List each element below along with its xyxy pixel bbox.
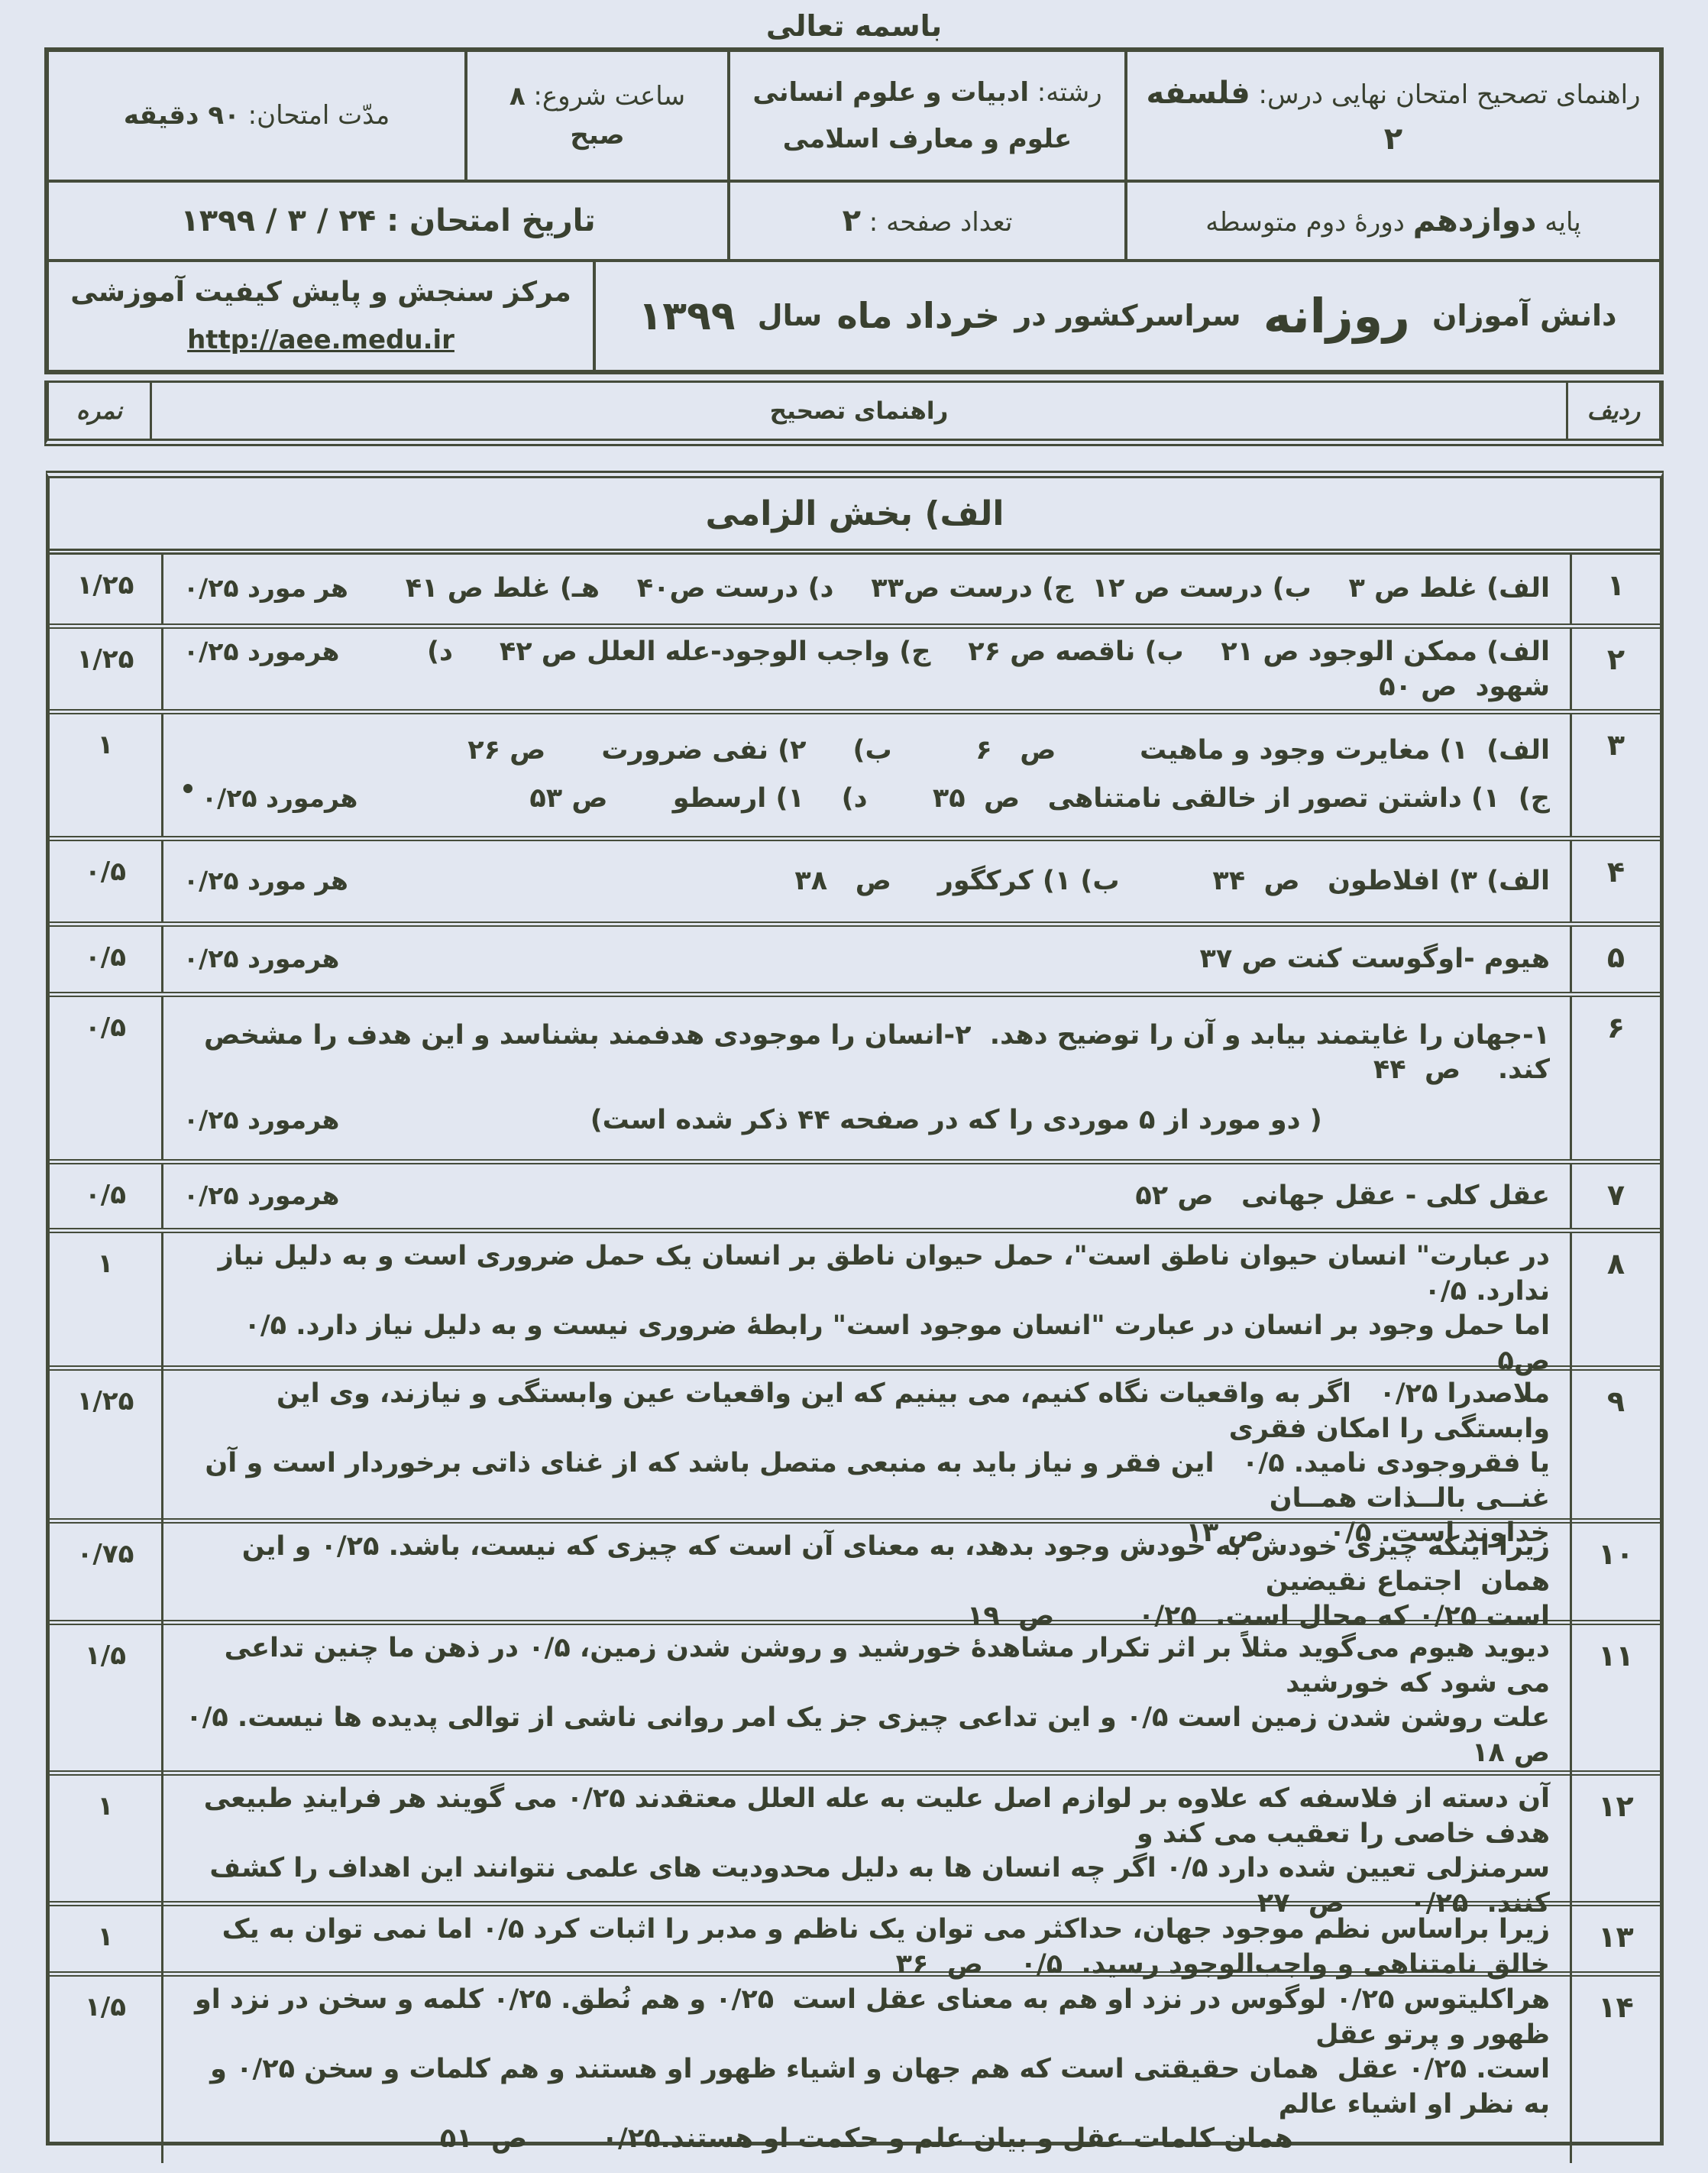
answer-line: ( دو مورد از ۵ موردی را که در صفحه ۴۴ ذک… bbox=[183, 1103, 1550, 1138]
row-score: ۱/۲۵ bbox=[50, 629, 161, 711]
row-content: دیوید هیوم می‌گوید مثلاً بر اثر تکرار مش… bbox=[161, 1625, 1570, 1776]
answer-line: الف) ۱) مغایرت وجود و ماهیت ص ۶ ب) ۲) نف… bbox=[183, 734, 1550, 769]
audience-year-label: سال bbox=[747, 294, 832, 338]
per-item-score: هر مورد ۰/۲۵ bbox=[183, 573, 371, 603]
answer-line: آن دسته از فلاسفه که علاوه بر لوازم اصل … bbox=[183, 1782, 1550, 1851]
row-content: آن دسته از فلاسفه که علاوه بر لوازم اصل … bbox=[161, 1776, 1570, 1927]
row-score: ۱/۵ bbox=[50, 1977, 161, 2163]
answer-text: زیرا براساس نظم موجود جهان، حداکثر می تو… bbox=[183, 1912, 1550, 1982]
row-score: ۰/۵ bbox=[50, 1164, 161, 1228]
audience-scope: سراسرکشور در bbox=[1004, 294, 1251, 338]
table-row: ۱۳زیرا براساس نظم موجود جهان، حداکثر می … bbox=[50, 1901, 1660, 1971]
section-header: الف) بخش الزامی bbox=[50, 478, 1660, 555]
answer-line: ۱-جهان را غایتمند بیابد و آن را توضیح ده… bbox=[183, 1018, 1550, 1088]
row-content: الف) ۱) مغایرت وجود و ماهیت ص ۶ ب) ۲) نف… bbox=[161, 714, 1570, 836]
answer-line: الف) غلط ص ۳ ب) درست ص ۱۲ ج) درست ص۳۳ د)… bbox=[183, 572, 1550, 607]
answer-line: ج) ۱) داشتن تصور از خالقی نامتناهی ص ۳۵ … bbox=[183, 782, 1550, 817]
answer-text: هیوم -اوگوست کنت ص ۳۷ bbox=[362, 942, 1550, 977]
correction-guide-title-cell: راهنمای تصحیح امتحان نهایی درس: فلسفه ۲ bbox=[1124, 52, 1659, 180]
start-time-label: ساعت شروع: bbox=[526, 81, 686, 112]
answer-text: در عبارت" انسان حیوان ناطق است"، حمل حیو… bbox=[183, 1239, 1550, 1309]
section-title: الف) بخش الزامی bbox=[706, 494, 1004, 533]
answer-line: زیرا اینکه چیزی خودش به خودش وجود بدهد، … bbox=[183, 1530, 1550, 1599]
table-row: ۱۰زیرا اینکه چیزی خودش به خودش وجود بدهد… bbox=[50, 1518, 1660, 1620]
row-content: الف) ۳) افلاطون ص ۳۴ ب) ۱) کرکگور ص ۳۸هر… bbox=[161, 841, 1570, 921]
row-number: ۶ bbox=[1570, 997, 1660, 1159]
answer-line: همان کلمات عقل و بیان علم و حکمت او هستن… bbox=[183, 2122, 1550, 2157]
per-item-score: هر مورد ۰/۲۵ bbox=[183, 866, 371, 895]
row-score: ۰/۵ bbox=[50, 927, 161, 992]
answer-text: آن دسته از فلاسفه که علاوه بر لوازم اصل … bbox=[183, 1782, 1550, 1851]
answer-text: زیرا اینکه چیزی خودش به خودش وجود بدهد، … bbox=[183, 1530, 1550, 1599]
row-number: ۱۰ bbox=[1570, 1524, 1660, 1640]
row-score: ۱ bbox=[50, 1776, 161, 1927]
grade-value: دوازدهم bbox=[1413, 203, 1537, 238]
field-value-2: علوم و معارف اسلامی bbox=[783, 124, 1072, 154]
header-row-3: دانش آموزان روزانه سراسرکشور در خرداد ما… bbox=[49, 259, 1659, 370]
field-line-1: رشته: ادبیات و علوم انسانی bbox=[752, 73, 1101, 112]
row-number: ۱۳ bbox=[1570, 1906, 1660, 1988]
grade-level-cell: پایه دوازدهم دورهٔ دوم متوسطه bbox=[1124, 183, 1659, 259]
grade-prefix: پایه bbox=[1536, 207, 1580, 238]
table-row: ۱۲آن دسته از فلاسفه که علاوه بر لوازم اص… bbox=[50, 1770, 1660, 1901]
row-score: ۱/۵ bbox=[50, 1625, 161, 1776]
start-time-cell: ساعت شروع: ۸ صبح bbox=[464, 52, 727, 180]
table-row: ۹ملاصدرا ۰/۲۵ اگر به واقعیات نگاه کنیم، … bbox=[50, 1365, 1660, 1518]
per-item-score: هرمورد ۰/۲۵ bbox=[183, 636, 362, 666]
answer-text: یا فقروجودی نامید. ۰/۵ این فقر و نیاز با… bbox=[183, 1446, 1550, 1516]
page-count-value: ۲ bbox=[843, 203, 861, 238]
assessment-center-name: مرکز سنجش و پایش کیفیت آموزشی bbox=[70, 272, 571, 313]
answer-text: الف) غلط ص ۳ ب) درست ص ۱۲ ج) درست ص۳۳ د)… bbox=[371, 572, 1550, 607]
page-count-label: تعداد صفحه : bbox=[861, 207, 1012, 238]
answer-text: الف) ۱) مغایرت وجود و ماهیت ص ۶ ب) ۲) نف… bbox=[183, 734, 1550, 769]
page-count-cell: تعداد صفحه : ۲ bbox=[727, 183, 1124, 259]
header-row-1: راهنمای تصحیح امتحان نهایی درس: فلسفه ۲ … bbox=[49, 52, 1659, 180]
answer-text: است. ۰/۲۵ عقل همان حقیقتی است که هم جهان… bbox=[183, 2052, 1550, 2122]
audience-daytime-label: روزانه bbox=[1256, 280, 1418, 351]
answer-line: الف) ۳) افلاطون ص ۳۴ ب) ۱) کرکگور ص ۳۸هر… bbox=[183, 864, 1550, 899]
row-number: ۸ bbox=[1570, 1233, 1660, 1384]
page-title: راهنمای تصحیح امتحان نهایی درس: فلسفه ۲ bbox=[1141, 70, 1645, 162]
row-content: الف) غلط ص ۳ ب) درست ص ۱۲ ج) درست ص۳۳ د)… bbox=[161, 555, 1570, 623]
row-content: هراکلیتوس ۰/۲۵ لوگوس در نزد او هم به معن… bbox=[161, 1977, 1570, 2163]
answers-table: الف) بخش الزامی ۱الف) غلط ص ۳ ب) درست ص … bbox=[46, 471, 1664, 2145]
table-row: ۵هیوم -اوگوست کنت ص ۳۷هرمورد ۰/۲۵۰/۵ bbox=[50, 921, 1660, 992]
answer-text: عقل کلی - عقل جهانی ص ۵۲ bbox=[362, 1179, 1550, 1214]
answer-line: ملاصدرا ۰/۲۵ اگر به واقعیات نگاه کنیم، م… bbox=[183, 1377, 1550, 1446]
row-content: عقل کلی - عقل جهانی ص ۵۲هرمورد ۰/۲۵ bbox=[161, 1164, 1570, 1228]
row-number: ۵ bbox=[1570, 927, 1660, 992]
table-row: ۳الف) ۱) مغایرت وجود و ماهیت ص ۶ ب) ۲) ن… bbox=[50, 709, 1660, 836]
row-number: ۱ bbox=[1570, 555, 1660, 623]
table-row: ۶۱-جهان را غایتمند بیابد و آن را توضیح د… bbox=[50, 992, 1660, 1159]
row-content: زیرا اینکه چیزی خودش به خودش وجود بدهد، … bbox=[161, 1524, 1570, 1640]
audience-prefix: دانش آموزان bbox=[1422, 294, 1617, 338]
answer-text: هراکلیتوس ۰/۲۵ لوگوس در نزد او هم به معن… bbox=[183, 1983, 1550, 2052]
ink-dot bbox=[183, 784, 192, 793]
row-number: ۱۴ bbox=[1570, 1977, 1660, 2163]
table-row: ۱۱دیوید هیوم می‌گوید مثلاً بر اثر تکرار … bbox=[50, 1620, 1660, 1770]
exam-date: تاریخ امتحان : ۲۴ / ۳ / ۱۳۹۹ bbox=[180, 198, 595, 244]
row-number-column-header: ردیف bbox=[1566, 383, 1659, 439]
exam-duration: مدّت امتحان: ۹۰ دقیقه bbox=[124, 96, 390, 135]
answer-text: همان کلمات عقل و بیان علم و حکمت او هستن… bbox=[183, 2122, 1550, 2157]
exam-correction-guide-page: باسمه تعالی راهنمای تصحیح امتحان نهایی د… bbox=[0, 0, 1708, 2173]
answer-line: دیوید هیوم می‌گوید مثلاً بر اثر تکرار مش… bbox=[183, 1631, 1550, 1701]
row-score: ۰/۵ bbox=[50, 841, 161, 921]
assessment-center-url[interactable]: http://aee.medu.ir bbox=[187, 321, 454, 360]
answer-text: الف) ۳) افلاطون ص ۳۴ ب) ۱) کرکگور ص ۳۸ bbox=[371, 864, 1550, 899]
answer-line: علت روشن شدن زمین است ۰/۵ و این تداعی چی… bbox=[183, 1701, 1550, 1770]
exam-header-table: راهنمای تصحیح امتحان نهایی درس: فلسفه ۲ … bbox=[44, 47, 1664, 374]
correction-guide-column-header: راهنمای تصحیح bbox=[150, 383, 1566, 439]
row-number: ۳ bbox=[1570, 714, 1660, 836]
exam-year: ۱۳۹۹ bbox=[638, 287, 742, 346]
field-label: رشته: bbox=[1029, 77, 1102, 108]
correction-guide-label: راهنمای تصحیح امتحان نهایی درس: bbox=[1250, 79, 1641, 110]
answer-line: در عبارت" انسان حیوان ناطق است"، حمل حیو… bbox=[183, 1239, 1550, 1309]
exam-date-cell: تاریخ امتحان : ۲۴ / ۳ / ۱۳۹۹ bbox=[49, 183, 727, 259]
answer-text: الف) ممکن الوجود ص ۲۱ ب) ناقصه ص ۲۶ ج) و… bbox=[362, 635, 1550, 704]
exam-duration-cell: مدّت امتحان: ۹۰ دقیقه bbox=[49, 52, 464, 180]
field-of-study-cell: رشته: ادبیات و علوم انسانی علوم و معارف … bbox=[727, 52, 1124, 180]
row-score: ۱ bbox=[50, 714, 161, 836]
row-number: ۴ bbox=[1570, 841, 1660, 921]
row-content: هیوم -اوگوست کنت ص ۳۷هرمورد ۰/۲۵ bbox=[161, 927, 1570, 992]
duration-label: مدّت امتحان: bbox=[240, 100, 390, 131]
score-column-header: نمره bbox=[49, 383, 150, 439]
row-content: الف) ممکن الوجود ص ۲۱ ب) ناقصه ص ۲۶ ج) و… bbox=[161, 629, 1570, 711]
answer-text: ( دو مورد از ۵ موردی را که در صفحه ۴۴ ذک… bbox=[362, 1103, 1550, 1138]
answer-line: هراکلیتوس ۰/۲۵ لوگوس در نزد او هم به معن… bbox=[183, 1983, 1550, 2052]
answer-line: یا فقروجودی نامید. ۰/۵ این فقر و نیاز با… bbox=[183, 1446, 1550, 1516]
row-content: ۱-جهان را غایتمند بیابد و آن را توضیح ده… bbox=[161, 997, 1570, 1159]
exam-month: خرداد ماه bbox=[837, 290, 1001, 342]
page-count: تعداد صفحه : ۲ bbox=[843, 198, 1013, 244]
duration-value: ۹۰ دقیقه bbox=[124, 100, 240, 131]
row-score: ۰/۷۵ bbox=[50, 1524, 161, 1640]
row-number: ۲ bbox=[1570, 629, 1660, 711]
answer-line: است. ۰/۲۵ عقل همان حقیقتی است که هم جهان… bbox=[183, 2052, 1550, 2122]
grade-suffix: دورهٔ دوم متوسطه bbox=[1205, 207, 1412, 238]
table-row: ۷عقل کلی - عقل جهانی ص ۵۲هرمورد ۰/۲۵۰/۵ bbox=[50, 1159, 1660, 1228]
answer-line: عقل کلی - عقل جهانی ص ۵۲هرمورد ۰/۲۵ bbox=[183, 1179, 1550, 1214]
row-number: ۷ bbox=[1570, 1164, 1660, 1228]
row-score: ۰/۵ bbox=[50, 997, 161, 1159]
answer-text: ۱-جهان را غایتمند بیابد و آن را توضیح ده… bbox=[183, 1018, 1550, 1088]
per-item-score: هرمورد ۰/۲۵ bbox=[183, 1180, 362, 1210]
audience-line-cell: دانش آموزان روزانه سراسرکشور در خرداد ما… bbox=[593, 262, 1659, 370]
row-score: ۱ bbox=[50, 1233, 161, 1384]
table-row: ۲الف) ممکن الوجود ص ۲۱ ب) ناقصه ص ۲۶ ج) … bbox=[50, 623, 1660, 709]
start-time: ساعت شروع: ۸ صبح bbox=[481, 77, 713, 155]
table-row: ۱الف) غلط ص ۳ ب) درست ص ۱۲ ج) درست ص۳۳ د… bbox=[50, 555, 1660, 623]
per-item-score: هرمورد ۰/۲۵ bbox=[183, 944, 362, 973]
answer-text: ملاصدرا ۰/۲۵ اگر به واقعیات نگاه کنیم، م… bbox=[183, 1377, 1550, 1446]
table-row: ۴الف) ۳) افلاطون ص ۳۴ ب) ۱) کرکگور ص ۳۸ه… bbox=[50, 836, 1660, 921]
answer-text: علت روشن شدن زمین است ۰/۵ و این تداعی چی… bbox=[183, 1701, 1550, 1770]
row-number: ۱۱ bbox=[1570, 1625, 1660, 1776]
answer-line: الف) ممکن الوجود ص ۲۱ ب) ناقصه ص ۲۶ ج) و… bbox=[183, 635, 1550, 704]
columns-header-row: ردیف راهنمای تصحیح نمره bbox=[44, 381, 1664, 446]
answer-text: ج) ۱) داشتن تصور از خالقی نامتناهی ص ۳۵ … bbox=[380, 782, 1550, 817]
field-value-1: ادبیات و علوم انسانی bbox=[752, 77, 1029, 108]
field-line-2: علوم و معارف اسلامی bbox=[783, 120, 1072, 159]
row-content: در عبارت" انسان حیوان ناطق است"، حمل حیو… bbox=[161, 1233, 1570, 1384]
row-content: زیرا براساس نظم موجود جهان، حداکثر می تو… bbox=[161, 1906, 1570, 1988]
assessment-center-cell: مرکز سنجش و پایش کیفیت آموزشی http://aee… bbox=[49, 262, 593, 370]
per-item-score: هرمورد ۰/۲۵ bbox=[202, 783, 380, 813]
row-number: ۱۲ bbox=[1570, 1776, 1660, 1927]
header-row-2: پایه دوازدهم دورهٔ دوم متوسطه تعداد صفحه… bbox=[49, 180, 1659, 259]
per-item-score: هرمورد ۰/۲۵ bbox=[183, 1105, 362, 1135]
answer-line: زیرا براساس نظم موجود جهان، حداکثر می تو… bbox=[183, 1912, 1550, 1982]
row-score: ۱/۲۵ bbox=[50, 555, 161, 623]
answer-text: اما حمل وجود بر انسان در عبارت "انسان مو… bbox=[183, 1309, 1550, 1378]
table-row: ۸در عبارت" انسان حیوان ناطق است"، حمل حی… bbox=[50, 1228, 1660, 1365]
answer-text: دیوید هیوم می‌گوید مثلاً بر اثر تکرار مش… bbox=[183, 1631, 1550, 1701]
table-row: ۱۴هراکلیتوس ۰/۲۵ لوگوس در نزد او هم به م… bbox=[50, 1971, 1660, 2142]
bismillah: باسمه تعالی bbox=[0, 9, 1708, 43]
answer-line: هیوم -اوگوست کنت ص ۳۷هرمورد ۰/۲۵ bbox=[183, 942, 1550, 977]
grade-level: پایه دوازدهم دورهٔ دوم متوسطه bbox=[1205, 198, 1581, 244]
answer-line: اما حمل وجود بر انسان در عبارت "انسان مو… bbox=[183, 1309, 1550, 1378]
row-score: ۱ bbox=[50, 1906, 161, 1988]
answer-rows: ۱الف) غلط ص ۳ ب) درست ص ۱۲ ج) درست ص۳۳ د… bbox=[50, 555, 1660, 2142]
